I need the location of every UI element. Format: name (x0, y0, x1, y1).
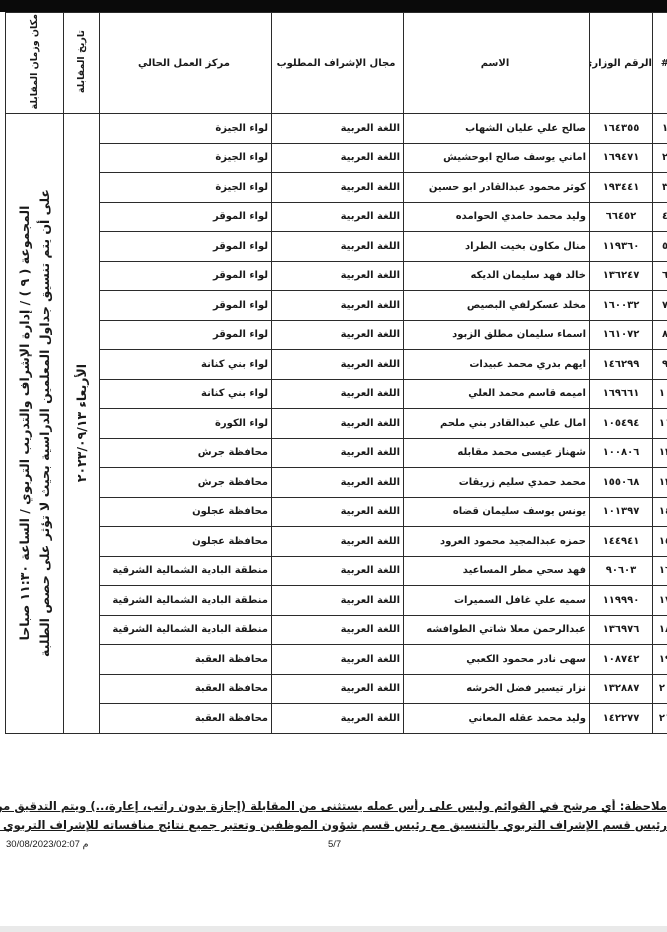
field-cell: اللغة العربية (272, 527, 404, 557)
ministry-id-cell: ٩٠٦٠٣ (590, 556, 653, 586)
row-number: ١٨ (653, 615, 667, 645)
field-cell: اللغة العربية (272, 261, 404, 291)
interview-date-cell: الأربعاء ٢٠٢٣/٠٩/١٣ (64, 114, 100, 734)
work-center-cell: منطقة البادية الشمالية الشرقية (100, 556, 272, 586)
row-number: ١ (653, 114, 667, 144)
table-row: ١٩١٠٨٧٤٢سهى نادر محمود الكعبياللغة العرب… (6, 645, 667, 675)
candidates-table: # الرقم الوزاري الاسم مجال الإشراف المطل… (5, 12, 667, 734)
work-center-cell: محافظة عجلون (100, 497, 272, 527)
ministry-id-cell: ١٦٩٤٧١ (590, 143, 653, 173)
work-center-cell: منطقة البادية الشمالية الشرقية (100, 615, 272, 645)
name-cell: اسماء سليمان مطلق الزبود (404, 320, 590, 350)
header-field: مجال الإشراف المطلوب (272, 13, 404, 114)
work-center-cell: لواء بني كنانة (100, 350, 272, 380)
header-interview-date-label: تاريخ المقابلة (76, 30, 87, 93)
work-center-cell: لواء الموقر (100, 320, 272, 350)
ministry-id-cell: ١٣٢٨٨٧ (590, 674, 653, 704)
name-cell: منال مكاون بخيت الطراد (404, 232, 590, 262)
field-cell: اللغة العربية (272, 114, 404, 144)
ministry-id-cell: ١٣٦٩٧٦ (590, 615, 653, 645)
work-center-cell: محافظة جرش (100, 468, 272, 498)
ministry-id-cell: ١٦٠٠٣٢ (590, 291, 653, 321)
work-center-cell: لواء الموقر (100, 232, 272, 262)
row-number: ١١ (653, 409, 667, 439)
work-center-cell: لواء بني كنانة (100, 379, 272, 409)
table-row: ٦١٣٦٢٤٧خالد فهد سليمان الديكهاللغة العرب… (6, 261, 667, 291)
header-interview-place: مكان وزمان المقابلة (6, 13, 64, 114)
name-cell: اميمه قاسم محمد العلي (404, 379, 590, 409)
field-cell: اللغة العربية (272, 615, 404, 645)
name-cell: حمزه عبدالمجيد محمود العرود (404, 527, 590, 557)
interview-place-line-1: المجموعة ( ٩ ) / إدارة الإشراف والتدريب … (15, 189, 35, 657)
field-cell: اللغة العربية (272, 350, 404, 380)
table-row: ١٥١٤٤٩٤١حمزه عبدالمجيد محمود العروداللغة… (6, 527, 667, 557)
print-timestamp: 30/08/2023/02:07 م (6, 839, 89, 850)
field-cell: اللغة العربية (272, 291, 404, 321)
work-center-cell: لواء الموقر (100, 291, 272, 321)
field-cell: اللغة العربية (272, 320, 404, 350)
table-row: ١٠١٦٩٦٦١اميمه قاسم محمد العلياللغة العرب… (6, 379, 667, 409)
ministry-id-cell: ١٤٢٢٧٧ (590, 704, 653, 734)
name-cell: امال علي عبدالقادر بني ملحم (404, 409, 590, 439)
work-center-cell: محافظة عجلون (100, 527, 272, 557)
field-cell: اللغة العربية (272, 173, 404, 203)
name-cell: مخلد عسكرلفي البصيص (404, 291, 590, 321)
ministry-id-cell: ١٣٦٢٤٧ (590, 261, 653, 291)
ministry-id-cell: ١٦٤٣٥٥ (590, 114, 653, 144)
row-number: ٩ (653, 350, 667, 380)
header-name: الاسم (404, 13, 590, 114)
work-center-cell: لواء الكورة (100, 409, 272, 439)
field-cell: اللغة العربية (272, 674, 404, 704)
field-cell: اللغة العربية (272, 645, 404, 675)
row-number: ٤ (653, 202, 667, 232)
work-center-cell: محافظة العقبة (100, 645, 272, 675)
ministry-id-cell: ١٠٠٨٠٦ (590, 438, 653, 468)
ministry-id-cell: ١٠١٣٩٧ (590, 497, 653, 527)
field-cell: اللغة العربية (272, 438, 404, 468)
name-cell: خالد فهد سليمان الديكه (404, 261, 590, 291)
ministry-id-cell: ١٤٦٢٩٩ (590, 350, 653, 380)
name-cell: سهى نادر محمود الكعبي (404, 645, 590, 675)
name-cell: نزار تيسير فضل الخرشه (404, 674, 590, 704)
name-cell: ايهم بدري محمد عبيدات (404, 350, 590, 380)
table-row: ٢٠١٣٢٨٨٧نزار تيسير فضل الخرشهاللغة العرب… (6, 674, 667, 704)
table-row: ١١١٠٥٤٩٤امال علي عبدالقادر بني ملحماللغة… (6, 409, 667, 439)
name-cell: وليد محمد حامدي الحوامده (404, 202, 590, 232)
table-row: ٢١١٤٢٢٧٧وليد محمد عقله المعانياللغة العر… (6, 704, 667, 734)
table-row: ٩١٤٦٢٩٩ايهم بدري محمد عبيداتاللغة العربي… (6, 350, 667, 380)
page-number: 5/7 (328, 839, 341, 850)
row-number: ١٤ (653, 497, 667, 527)
work-center-cell: محافظة العقبة (100, 704, 272, 734)
row-number: ١٦ (653, 556, 667, 586)
table-body: ١١٦٤٣٥٥صالح علي عليان الشهاباللغة العربي… (6, 114, 667, 734)
field-cell: اللغة العربية (272, 202, 404, 232)
interview-date-text: الأربعاء ٢٠٢٣/٠٩/١٣ (72, 364, 92, 482)
name-cell: كوثر محمود عبدالقادر ابو حسين (404, 173, 590, 203)
scan-bottom-edge (0, 926, 667, 932)
header-interview-date: تاريخ المقابلة (64, 13, 100, 114)
work-center-cell: محافظة العقبة (100, 674, 272, 704)
work-center-cell: لواء الموقر (100, 261, 272, 291)
table-row: ٢١٦٩٤٧١اماني يوسف صالح ابوحشيشاللغة العر… (6, 143, 667, 173)
interview-place-line-2: على أن يتم تنسيق جداول المعلمين الدراسية… (35, 189, 55, 657)
work-center-cell: لواء الموقر (100, 202, 272, 232)
row-number: ٥ (653, 232, 667, 262)
table-row: ٤٦٦٤٥٢وليد محمد حامدي الحوامدهاللغة العر… (6, 202, 667, 232)
ministry-id-cell: ١١٩٣٦٠ (590, 232, 653, 262)
footnote-line-2: رئيس قسم الإشراف التربوي بالتنسيق مع رئي… (0, 818, 667, 832)
ministry-id-cell: ١٤٤٩٤١ (590, 527, 653, 557)
table-row: ١٤١٠١٣٩٧يونس يوسف سليمان قضاهاللغة العرب… (6, 497, 667, 527)
header-ministry-id: الرقم الوزاري (590, 13, 653, 114)
table-row: ١١٦٤٣٥٥صالح علي عليان الشهاباللغة العربي… (6, 114, 667, 144)
name-cell: وليد محمد عقله المعاني (404, 704, 590, 734)
work-center-cell: لواء الجيزة (100, 173, 272, 203)
field-cell: اللغة العربية (272, 232, 404, 262)
field-cell: اللغة العربية (272, 143, 404, 173)
row-number: ٢ (653, 143, 667, 173)
table-row: ٣١٩٣٤٤١كوثر محمود عبدالقادر ابو حسيناللغ… (6, 173, 667, 203)
name-cell: محمد حمدي سليم زريقات (404, 468, 590, 498)
row-number: ١٧ (653, 586, 667, 616)
name-cell: عبدالرحمن معلا شاتي الطوافشه (404, 615, 590, 645)
name-cell: فهد سحي مطر المساعيد (404, 556, 590, 586)
header-interview-place-label: مكان وزمان المقابلة (29, 14, 40, 109)
row-number: ١٠ (653, 379, 667, 409)
work-center-cell: لواء الجيزة (100, 143, 272, 173)
name-cell: يونس يوسف سليمان قضاه (404, 497, 590, 527)
ministry-id-cell: ١٦٩٦٦١ (590, 379, 653, 409)
work-center-cell: محافظة جرش (100, 438, 272, 468)
name-cell: اماني يوسف صالح ابوحشيش (404, 143, 590, 173)
table-row: ١٢١٠٠٨٠٦شهناز عيسى محمد مقابلهاللغة العر… (6, 438, 667, 468)
name-cell: سميه علي غافل السميرات (404, 586, 590, 616)
ministry-id-cell: ١٩٣٤٤١ (590, 173, 653, 203)
table-row: ١٦٩٠٦٠٣فهد سحي مطر المساعيداللغة العربية… (6, 556, 667, 586)
row-number: ١٣ (653, 468, 667, 498)
field-cell: اللغة العربية (272, 468, 404, 498)
work-center-cell: لواء الجيزة (100, 114, 272, 144)
ministry-id-cell: ١١٩٩٩٠ (590, 586, 653, 616)
row-number: ١٢ (653, 438, 667, 468)
row-number: ٣ (653, 173, 667, 203)
work-center-cell: منطقة البادية الشمالية الشرقية (100, 586, 272, 616)
table-row: ٥١١٩٣٦٠منال مكاون بخيت الطراداللغة العرب… (6, 232, 667, 262)
field-cell: اللغة العربية (272, 379, 404, 409)
row-number: ٢١ (653, 704, 667, 734)
footnote-line-1: ملاحظة: أي مرشح في القوائم وليس على رأس … (0, 799, 667, 813)
table-row: ١٧١١٩٩٩٠سميه علي غافل السميراتاللغة العر… (6, 586, 667, 616)
row-number: ٦ (653, 261, 667, 291)
header-num: # (653, 13, 667, 114)
table-row: ١٨١٣٦٩٧٦عبدالرحمن معلا شاتي الطوافشهاللغ… (6, 615, 667, 645)
row-number: ٢٠ (653, 674, 667, 704)
table-row: ٧١٦٠٠٣٢مخلد عسكرلفي البصيصاللغة العربيةل… (6, 291, 667, 321)
table-header-row: # الرقم الوزاري الاسم مجال الإشراف المطل… (6, 13, 667, 114)
field-cell: اللغة العربية (272, 497, 404, 527)
name-cell: صالح علي عليان الشهاب (404, 114, 590, 144)
ministry-id-cell: ١٠٨٧٤٢ (590, 645, 653, 675)
row-number: ٨ (653, 320, 667, 350)
row-number: ٧ (653, 291, 667, 321)
field-cell: اللغة العربية (272, 704, 404, 734)
scan-top-edge (0, 0, 667, 12)
row-number: ١٥ (653, 527, 667, 557)
header-work-center: مركز العمل الحالي (100, 13, 272, 114)
ministry-id-cell: ١٥٥٠٦٨ (590, 468, 653, 498)
field-cell: اللغة العربية (272, 556, 404, 586)
table-row: ١٣١٥٥٠٦٨محمد حمدي سليم زريقاتاللغة العرب… (6, 468, 667, 498)
ministry-id-cell: ٦٦٤٥٢ (590, 202, 653, 232)
field-cell: اللغة العربية (272, 586, 404, 616)
interview-place-cell: المجموعة ( ٩ ) / إدارة الإشراف والتدريب … (6, 114, 64, 734)
ministry-id-cell: ١٦١٠٧٢ (590, 320, 653, 350)
field-cell: اللغة العربية (272, 409, 404, 439)
table-row: ٨١٦١٠٧٢اسماء سليمان مطلق الزبوداللغة الع… (6, 320, 667, 350)
name-cell: شهناز عيسى محمد مقابله (404, 438, 590, 468)
row-number: ١٩ (653, 645, 667, 675)
interview-place-text: المجموعة ( ٩ ) / إدارة الإشراف والتدريب … (15, 189, 55, 657)
ministry-id-cell: ١٠٥٤٩٤ (590, 409, 653, 439)
